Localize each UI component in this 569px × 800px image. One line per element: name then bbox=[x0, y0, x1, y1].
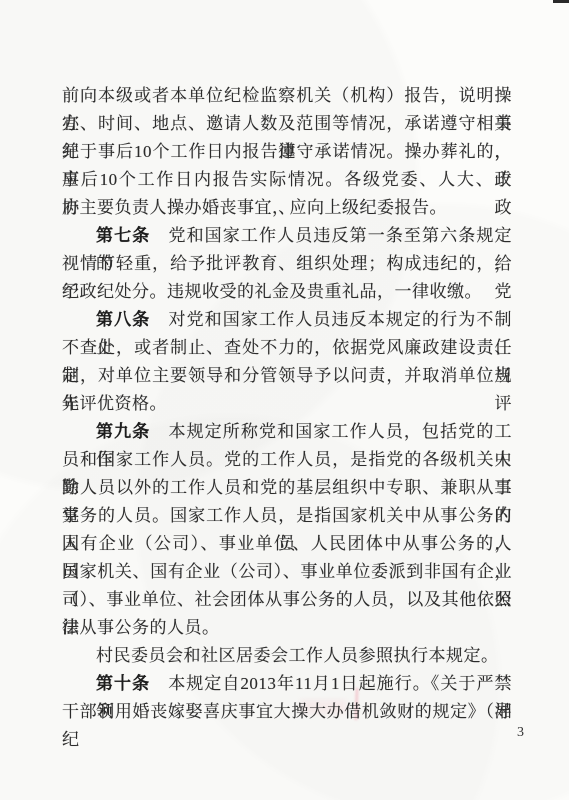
document-body: 前向本级或者本单位纪检监察机关（机构）报告，说明操办事 宜、时间、地点、邀请人数… bbox=[62, 82, 512, 726]
article-ten-line: 第十条 本规定自2013年11月1日起施行。《关于严禁领导 bbox=[62, 670, 512, 698]
article-seven-line: 第七条 党和国家工作人员违反第一条至第六条规定的， bbox=[62, 222, 512, 250]
article-nine-number: 第九条 bbox=[96, 422, 150, 441]
line-text: 先评优资格。 bbox=[62, 394, 167, 413]
text-line: 律从事公务的人员。 bbox=[62, 614, 512, 642]
page-number: 3 bbox=[517, 724, 524, 742]
scanned-document-page: 前向本级或者本单位纪检监察机关（机构）报告，说明操办事 宜、时间、地点、邀请人数… bbox=[0, 0, 569, 800]
text-line: 纪政纪处分。违规收受的礼金及贵重礼品，一律收缴。 bbox=[62, 278, 512, 306]
text-line: 定，对单位主要领导和分管领导予以问责，并取消单位当年评 bbox=[62, 362, 512, 390]
line-text: 律从事公务的人员。 bbox=[62, 618, 220, 637]
text-line: 事后10个工作日内报告实际情况。各级党委、人大、政府、政 bbox=[62, 166, 512, 194]
line-text: 村民委员会和社区居委会工作人员参照执行本规定。 bbox=[96, 646, 499, 665]
text-line: 协主要负责人操办婚丧事宜，应向上级纪委报告。 bbox=[62, 194, 512, 222]
text-line: 干部利用婚丧嫁娶喜庆事宜大操大办借机敛财的规定》（湘纪 bbox=[62, 698, 512, 726]
line-text: 协主要负责人操办婚丧事宜，应向上级纪委报告。 bbox=[62, 198, 447, 217]
text-line: 视情节轻重，给予批评教育、组织处理；构成违纪的，给予党 bbox=[62, 250, 512, 278]
article-ten-number: 第十条 bbox=[96, 674, 150, 693]
scan-artifact-corner-mark bbox=[553, 0, 569, 3]
text-line: 并于事后10个工作日内报告遵守承诺情况。操办葬礼的，应于 bbox=[62, 138, 512, 166]
line-text: 干部利用婚丧嫁娶喜庆事宜大操大办借机敛财的规定》（湘纪 bbox=[62, 702, 512, 749]
text-line: 不查处，或者制止、查处不力的，依据党风廉政建设责任制规 bbox=[62, 334, 512, 362]
text-line: 司）、事业单位、社会团体从事公务的人员，以及其他依照法 bbox=[62, 586, 512, 614]
text-line: 国有企业（公司）、事业单位、人民团体中从事公务的人员， bbox=[62, 530, 512, 558]
article-eight-number: 第八条 bbox=[96, 310, 150, 329]
article-eight-line: 第八条 对党和国家工作人员违反本规定的行为不制止、 bbox=[62, 306, 512, 334]
text-line: 事务的人员。国家工作人员，是指国家机关中从事公务的人员， bbox=[62, 502, 512, 530]
article-seven-number: 第七条 bbox=[96, 226, 150, 245]
text-line: 宜、时间、地点、邀请人数及范围等情况，承诺遵守相关纪律， bbox=[62, 110, 512, 138]
article-nine-line: 第九条 本规定所称党和国家工作人员，包括党的工作人 bbox=[62, 418, 512, 446]
line-text: 纪政纪处分。违规收受的礼金及贵重礼品，一律收缴。 bbox=[62, 282, 482, 301]
text-line: 前向本级或者本单位纪检监察机关（机构）报告，说明操办事 bbox=[62, 82, 512, 110]
text-line: 员和国家工作人员。党的工作人员，是指党的各级机关中除工 bbox=[62, 446, 512, 474]
text-line: 勤人员以外的工作人员和党的基层组织中专职、兼职从事党内 bbox=[62, 474, 512, 502]
text-line: 村民委员会和社区居委会工作人员参照执行本规定。 bbox=[62, 642, 512, 670]
text-line: 国家机关、国有企业（公司）、事业单位委派到非国有企业（公 bbox=[62, 558, 512, 586]
